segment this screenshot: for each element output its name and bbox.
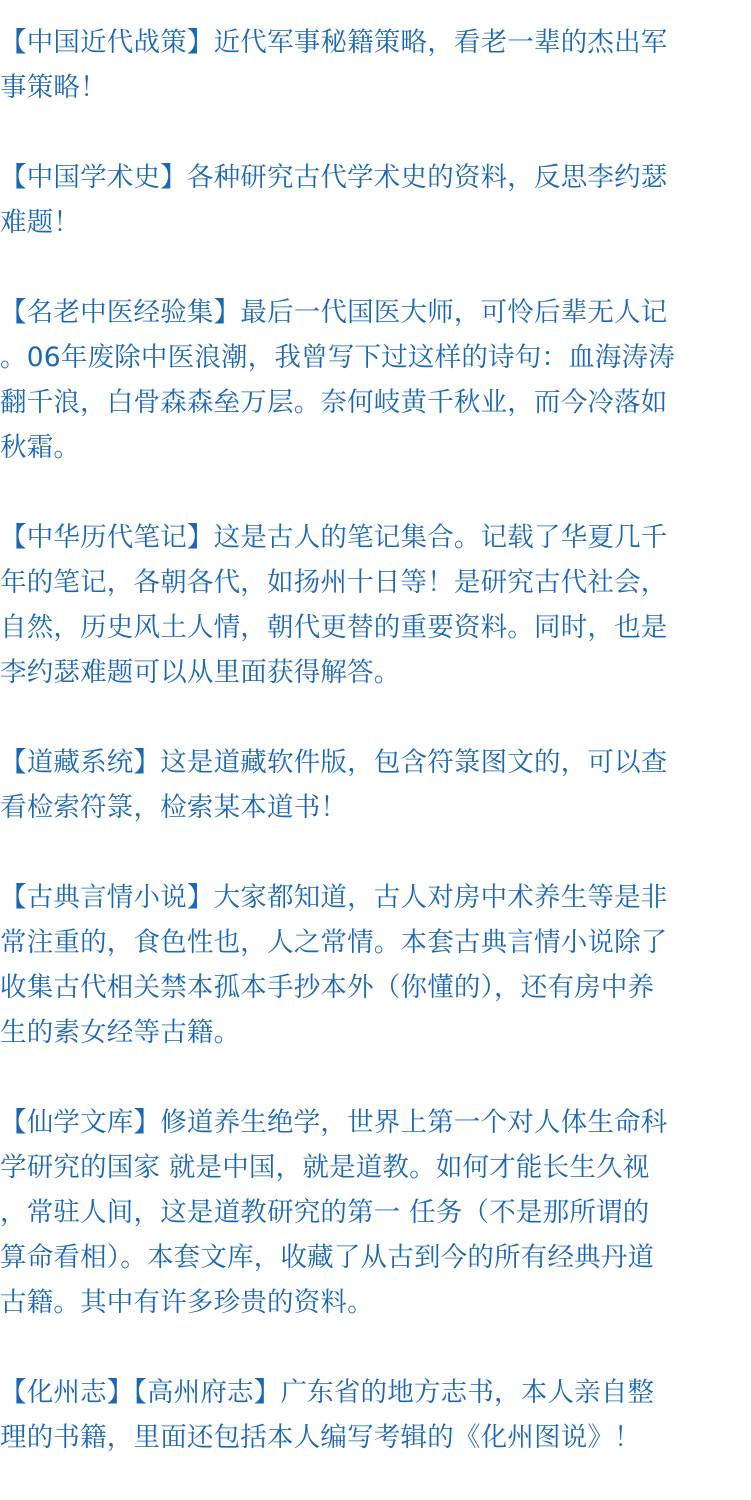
text-line: 。06年废除中医浪潮，我曾写下过这样的诗句：血海涛涛 [0,335,751,380]
text-line: 理的书籍，里面还包括本人编写考辑的《化州图说》！ [0,1415,751,1460]
paragraph-xianxue-library: 【仙学文库】修道养生绝学，世界上第一个对人体生命科 学研究的国家 就是中国，就是… [0,1100,751,1325]
text-line: 生的素女经等古籍。 [0,1010,751,1055]
text-line: 算命看相）。本套文库，收藏了从古到今的所有经典丹道 [0,1235,751,1280]
text-line: 自然，历史风土人情，朝代更替的重要资料。同时，也是 [0,605,751,650]
text-line: ，常驻人间，这是道教研究的第一 任务（不是那所谓的 [0,1190,751,1235]
paragraph-tcm-experience: 【名老中医经验集】最后一代国医大师，可怜后辈无人记 。06年废除中医浪潮，我曾写… [0,290,751,470]
text-line: 【仙学文库】修道养生绝学，世界上第一个对人体生命科 [0,1100,751,1145]
text-line: 年的笔记，各朝各代，如扬州十日等！是研究古代社会， [0,560,751,605]
text-line: 古籍。其中有许多珍贵的资料。 [0,1280,751,1325]
text-line: 翻千浪，白骨森森垒万层。奈何岐黄千秋业，而今冷落如 [0,380,751,425]
paragraph-daozang-system: 【道藏系统】这是道藏软件版，包含符箓图文的，可以查 看检索符箓，检索某本道书！ [0,740,751,830]
text-line: 收集古代相关禁本孤本手抄本外（你懂的），还有房中养 [0,965,751,1010]
text-line: 事策略！ [0,65,751,110]
text-line: 【中国近代战策】近代军事秘籍策略，看老一辈的杰出军 [0,20,751,65]
document-body: 【中国近代战策】近代军事秘籍策略，看老一辈的杰出军 事策略！ 【中国学术史】各种… [0,20,751,1500]
paragraph-historical-notes: 【中华历代笔记】这是古人的笔记集合。记载了华夏几千 年的笔记，各朝各代，如扬州十… [0,515,751,695]
text-line: 看检索符箓，检索某本道书！ [0,785,751,830]
text-line: 学研究的国家 就是中国，就是道教。如何才能长生久视 [0,1145,751,1190]
text-line: 【中国学术史】各种研究古代学术史的资料，反思李约瑟 [0,155,751,200]
paragraph-military-strategy: 【中国近代战策】近代军事秘籍策略，看老一辈的杰出军 事策略！ [0,20,751,110]
text-line: 【名老中医经验集】最后一代国医大师，可怜后辈无人记 [0,290,751,335]
paragraph-academic-history: 【中国学术史】各种研究古代学术史的资料，反思李约瑟 难题！ [0,155,751,245]
text-line: 李约瑟难题可以从里面获得解答。 [0,650,751,695]
text-line: 【化州志】【高州府志】广东省的地方志书，本人亲自整 [0,1370,751,1415]
paragraph-local-gazetteers: 【化州志】【高州府志】广东省的地方志书，本人亲自整 理的书籍，里面还包括本人编写… [0,1370,751,1460]
text-line: 秋霜。 [0,425,751,470]
text-line: 【道藏系统】这是道藏软件版，包含符箓图文的，可以查 [0,740,751,785]
text-line: 常注重的，食色性也，人之常情。本套古典言情小说除了 [0,920,751,965]
text-line: 【古典言情小说】大家都知道，古人对房中术养生等是非 [0,875,751,920]
paragraph-classical-novels: 【古典言情小说】大家都知道，古人对房中术养生等是非 常注重的，食色性也，人之常情… [0,875,751,1055]
text-line: 难题！ [0,200,751,245]
text-line: 【中华历代笔记】这是古人的笔记集合。记载了华夏几千 [0,515,751,560]
